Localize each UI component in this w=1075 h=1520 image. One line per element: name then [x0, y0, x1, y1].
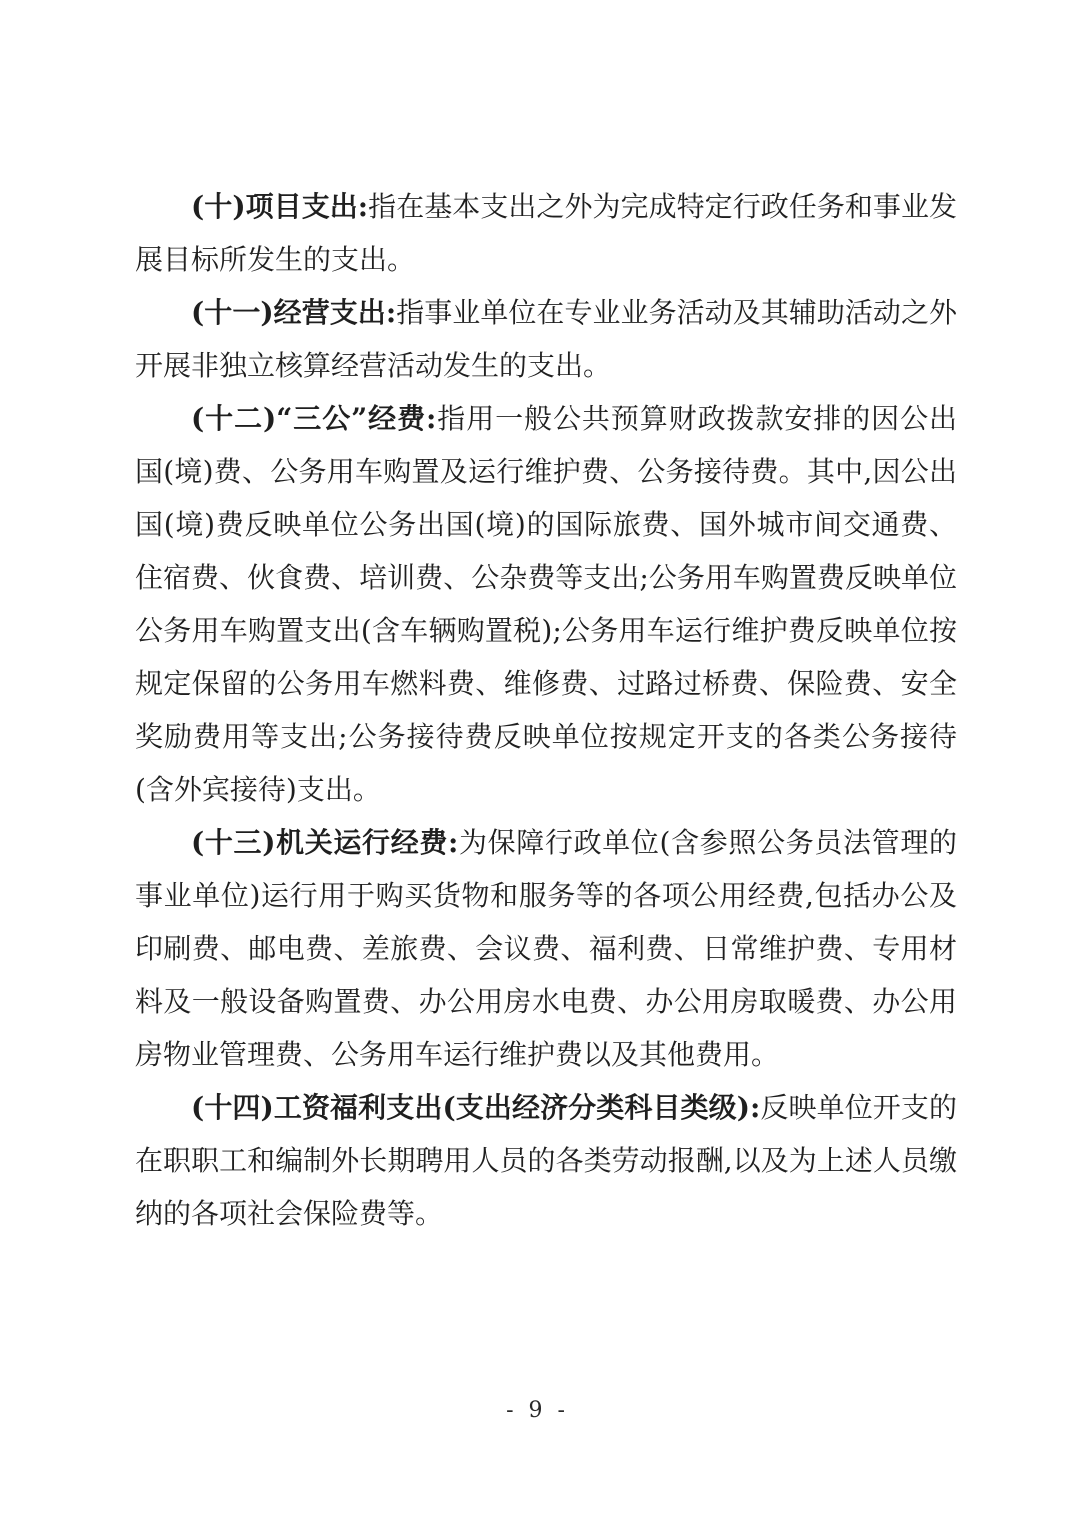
- paragraph-head: (十二)“三公”经费:: [191, 402, 436, 435]
- document-page: (十)项目支出:指在基本支出之外为完成特定行政任务和事业发展目标所发生的支出。 …: [0, 0, 1075, 1520]
- page-number: - 9 -: [0, 1398, 1075, 1423]
- document-body: (十)项目支出:指在基本支出之外为完成特定行政任务和事业发展目标所发生的支出。 …: [135, 180, 957, 1240]
- paragraph-item-13: (十三)机关运行经费:为保障行政单位(含参照公务员法管理的事业单位)运行用于购买…: [135, 816, 957, 1081]
- paragraph-head: (十四)工资福利支出(支出经济分类科目类级):: [191, 1091, 760, 1124]
- paragraph-body: 为保障行政单位(含参照公务员法管理的事业单位)运行用于购买货物和服务等的各项公用…: [135, 826, 957, 1071]
- paragraph-head: (十三)机关运行经费:: [191, 826, 458, 859]
- paragraph-item-14: (十四)工资福利支出(支出经济分类科目类级):反映单位开支的在职职工和编制外长期…: [135, 1081, 957, 1240]
- paragraph-item-12: (十二)“三公”经费:指用一般公共预算财政拨款安排的因公出国(境)费、公务用车购…: [135, 392, 957, 816]
- paragraph-head: (十一)经营支出:: [191, 296, 396, 329]
- paragraph-body: 指用一般公共预算财政拨款安排的因公出国(境)费、公务用车购置及运行维护费、公务接…: [135, 402, 957, 806]
- paragraph-item-11: (十一)经营支出:指事业单位在专业业务活动及其辅助活动之外开展非独立核算经营活动…: [135, 286, 957, 392]
- paragraph-item-10: (十)项目支出:指在基本支出之外为完成特定行政任务和事业发展目标所发生的支出。: [135, 180, 957, 286]
- paragraph-head: (十)项目支出:: [191, 190, 368, 223]
